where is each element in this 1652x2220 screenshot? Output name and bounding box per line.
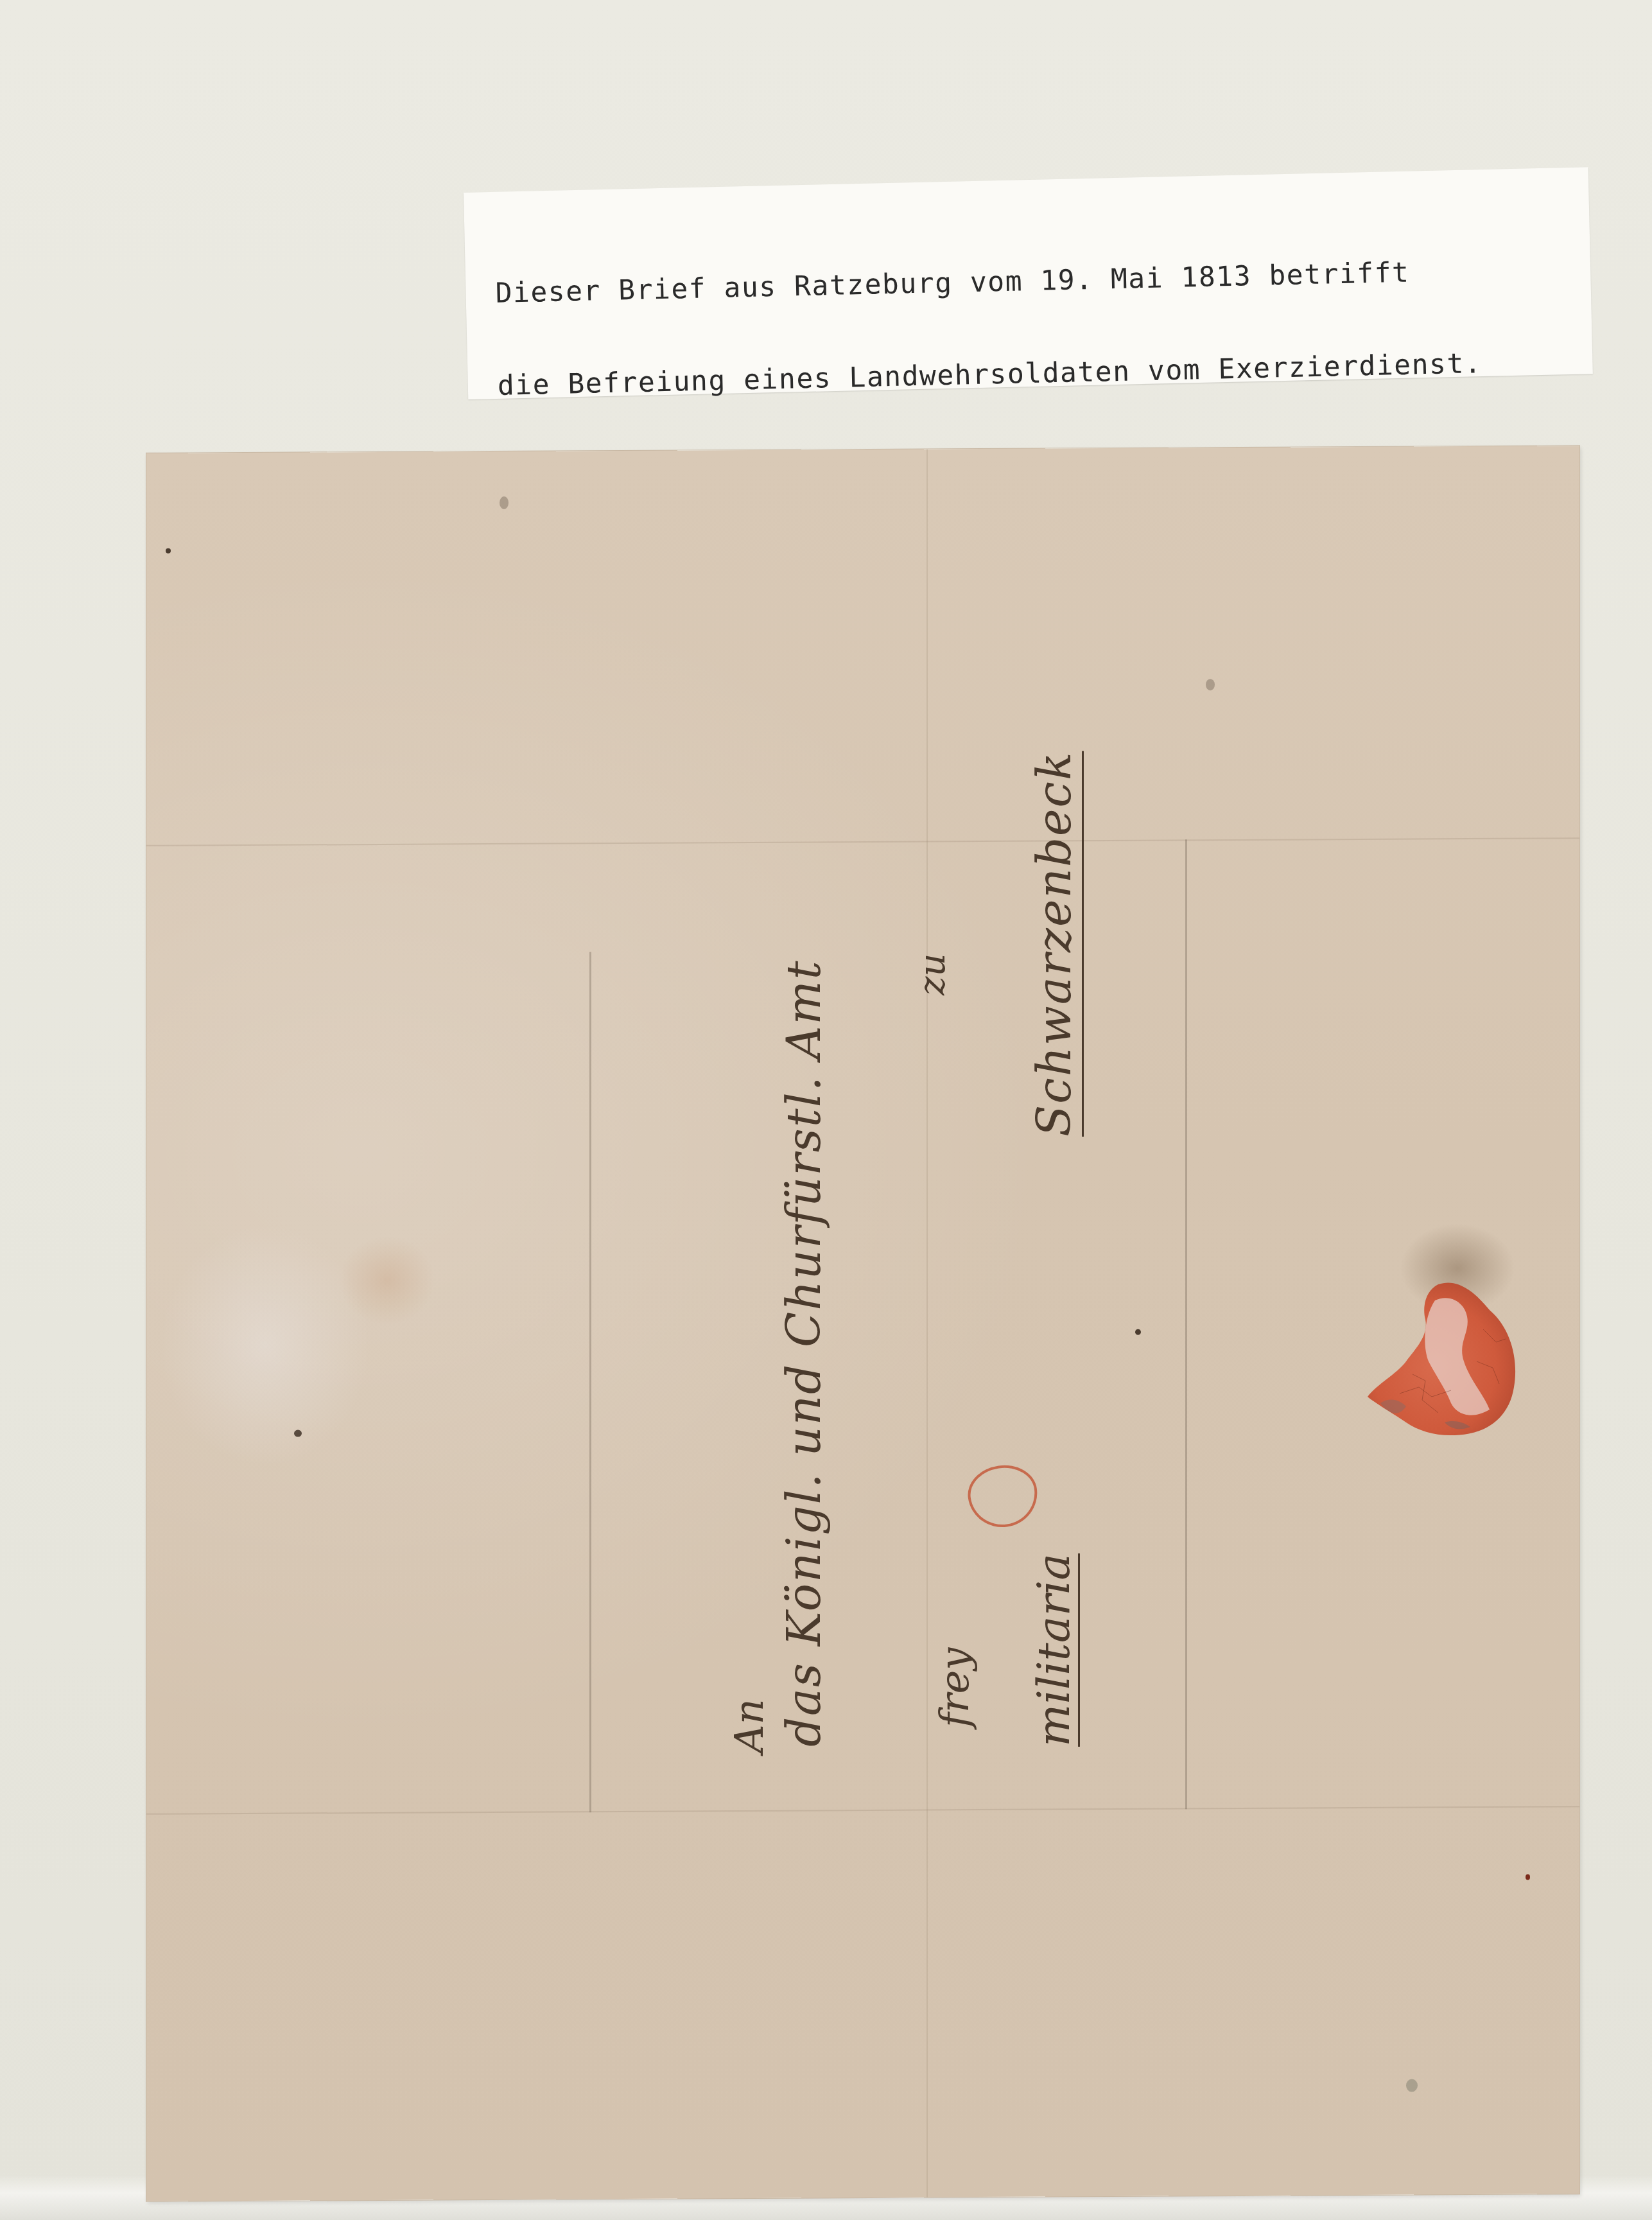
address-addressee: das Königl. und Churfürstl. Amt bbox=[777, 959, 831, 1747]
fold-line-lower bbox=[146, 1806, 1579, 1815]
panel-edge-left bbox=[589, 952, 591, 1812]
address-salutation: An bbox=[726, 1699, 772, 1753]
fold-line-upper bbox=[146, 837, 1579, 846]
endorsement-category: militaria bbox=[1027, 1553, 1080, 1747]
panel-edge-right bbox=[1185, 839, 1187, 1809]
brown-stain bbox=[339, 1235, 435, 1325]
foxing-spot bbox=[500, 496, 509, 509]
ink-speck bbox=[1526, 1875, 1530, 1880]
pale-patch bbox=[159, 1223, 371, 1468]
address-block: An das Königl. und Churfürstl. Amt frey … bbox=[726, 854, 1175, 1753]
label-line-1: Dieser Brief aus Ratzeburg vom 19. Mai 1… bbox=[495, 256, 1480, 309]
address-preposition: zu bbox=[912, 953, 953, 995]
wax-seal-icon bbox=[1361, 1265, 1528, 1445]
ink-speck bbox=[166, 548, 171, 554]
description-label: Dieser Brief aus Ratzeburg vom 19. Mai 1… bbox=[464, 167, 1593, 399]
foxing-spot bbox=[1406, 2079, 1418, 2092]
address-place: Schwarzenbeck bbox=[1027, 751, 1081, 1137]
endorsement-franking: frey bbox=[931, 1648, 978, 1727]
label-line-2: die Befreiung eines Landwehrsoldaten vom… bbox=[497, 348, 1482, 401]
foxing-spot bbox=[1206, 679, 1215, 690]
